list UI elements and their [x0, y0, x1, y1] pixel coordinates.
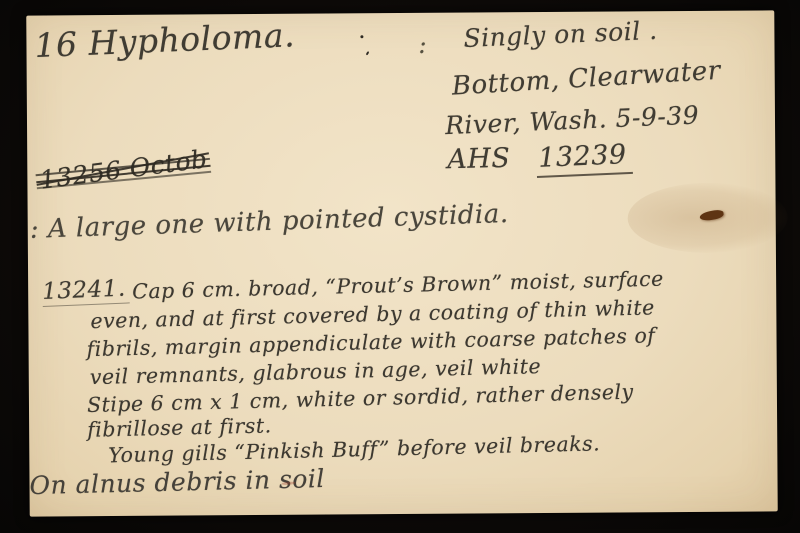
colon-mark: : [418, 31, 427, 59]
description-line: fibrillose at first. [87, 413, 272, 441]
collection-id: AHS13239 [447, 140, 633, 180]
ink-speck [366, 51, 370, 55]
description-number: 13241. [42, 277, 130, 306]
specimen-card: 16 Hypholoma. : Singly on soil . Bottom,… [26, 10, 777, 516]
crossed-out-entry: 13256 Octob [38, 144, 209, 194]
description-number-text: 13241. [42, 275, 131, 307]
crossed-out-text: 13256 Octob [38, 144, 209, 194]
photo-background: 16 Hypholoma. : Singly on soil . Bottom,… [0, 0, 800, 533]
index-title: 16 Hypholoma. [34, 15, 296, 65]
location-line-1: Bottom, Clearwater [451, 56, 721, 102]
habit-note: Singly on soil . [463, 16, 658, 53]
location-line-2: River, Wash. 5-9-39 [445, 101, 700, 141]
annotation-line: : A large one with pointed cystidia. [29, 199, 509, 245]
collection-number: 13239 [536, 139, 634, 178]
substrate-note: On alnus debris in soil [29, 464, 325, 500]
collector-initials: AHS [447, 143, 511, 176]
ink-speck [360, 35, 363, 38]
